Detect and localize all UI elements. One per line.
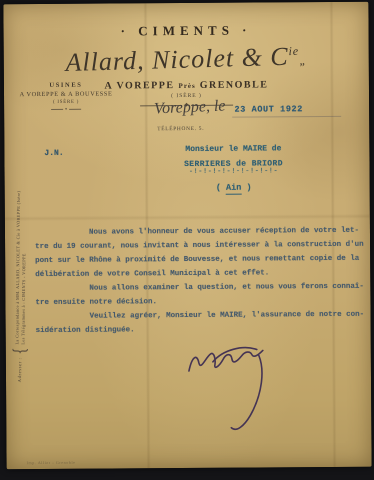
brace-icon: { — [11, 347, 28, 354]
addressee-block: Monsieur le MAIRE de SERRIERES de BRIORD… — [160, 144, 306, 193]
company-name-suffix: ie — [288, 44, 299, 58]
letter-body: Nous avons l'honneur de vous accuser réc… — [35, 224, 374, 338]
printer-credit: Imp. Allier - Grenoble — [27, 460, 76, 465]
dateline-printed: Voreppe, le — [154, 97, 226, 118]
letter-paper: · CIMENTS · Allard, Nicolet & Cie„ A VOR… — [3, 2, 371, 470]
body-line: Nous allons examiner la question, et nou… — [35, 280, 374, 296]
dept-paren-close: ) — [241, 183, 251, 193]
location-near: Près — [179, 82, 196, 90]
ornament-line — [69, 108, 81, 109]
factories-towns: A VOREPPE & A BOUVESSE — [14, 90, 118, 98]
addressee-title: Monsieur le MAIRE de — [160, 144, 306, 154]
addressee-department: ( Ain ) — [161, 182, 307, 193]
telephone-line: TÉLÉPHONE. 5. — [157, 126, 204, 132]
body-line: pont sur le Rhône à proximité de Bouvess… — [35, 252, 374, 268]
side-note-line-2: Les Télégrammes à : CIMENTS - VOREPPE — [20, 191, 27, 345]
body-line: Veuillez agréer, Monsieur le MAIRE, l'as… — [36, 308, 374, 324]
factories-block: USINES A VOREPPE & A BOUVESSE ( ISÈRE ) … — [14, 81, 118, 111]
side-note-lines: La Correspondance à MM. ALLARD, NICOLET … — [14, 191, 27, 345]
ornament-line — [51, 108, 63, 109]
body-line: sidération distinguée. — [36, 322, 374, 338]
side-note-lead: Adresser : — [17, 358, 22, 383]
company-name-mark: „ — [299, 53, 307, 67]
fold-crease-horizontal — [5, 214, 370, 222]
dateline-typed-date: 23 AOUT 1922 — [232, 104, 341, 118]
factories-ornament: ● — [14, 106, 118, 111]
dateline: Voreppe, le 23 AOUT 1922 — [154, 98, 341, 118]
factories-heading: USINES — [14, 81, 118, 89]
dept-paren-open: ( — [216, 183, 226, 193]
location-city: GRENOBLE — [200, 79, 269, 90]
handwritten-signature — [151, 340, 287, 439]
side-correspondence-note: Adresser : { La Correspondance à MM. ALL… — [11, 174, 29, 382]
factories-department: ( ISÈRE ) — [14, 99, 118, 105]
addressee-underline: -!-!-!-!-!-!-!-!-!- — [161, 168, 307, 175]
company-name-main: Allard, Nicolet & C — [65, 42, 289, 77]
reference-initials: J.N. — [44, 149, 63, 158]
ornament-dot-icon: ● — [65, 107, 67, 111]
company-name: Allard, Nicolet & Cie„ — [3, 36, 369, 82]
dept-name: Ain — [226, 183, 241, 195]
